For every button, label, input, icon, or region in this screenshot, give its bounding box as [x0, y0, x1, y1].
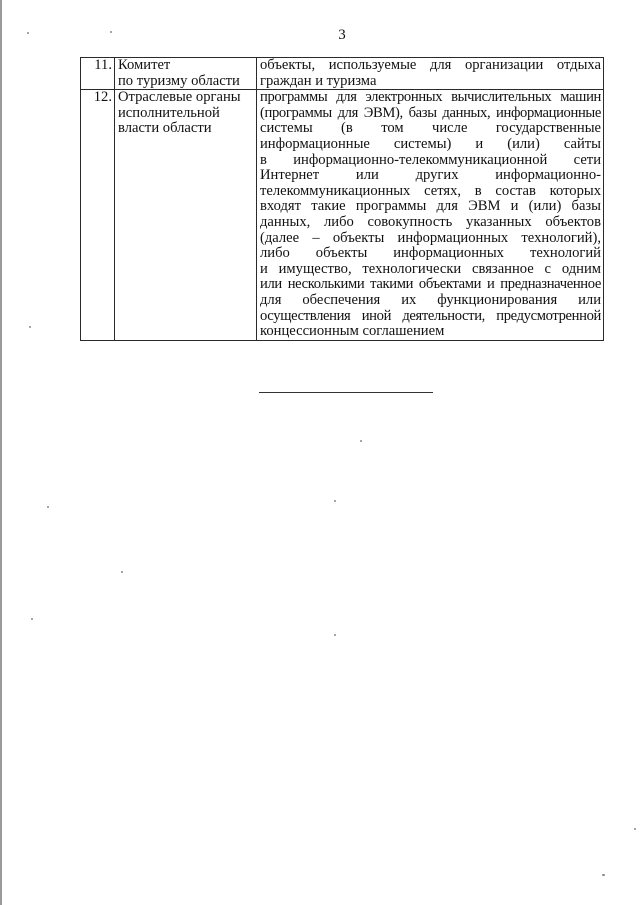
row-number: 12.	[81, 90, 115, 341]
authority-cell: Отраслевые органы исполнительной власти …	[115, 90, 257, 341]
objects-line: либо объекты информационных технологий	[260, 246, 601, 262]
objects-line: информационные системы) и (или) сайты	[260, 137, 601, 153]
objects-line: программы для электронных вычислительных…	[260, 90, 601, 106]
scan-edge	[0, 0, 2, 905]
objects-cell: объекты, используемые для организации от…	[257, 58, 604, 90]
scan-speck	[27, 32, 29, 34]
page-number: 3	[0, 27, 640, 43]
scan-speck	[31, 618, 33, 620]
table-row: 12. Отраслевые органы исполнительной вла…	[81, 90, 604, 341]
objects-line: концессионным соглашением	[260, 324, 601, 340]
scan-speck	[121, 571, 123, 573]
authority-line: по туризму области	[118, 74, 254, 90]
authority-line: власти области	[118, 121, 254, 137]
objects-line: системы (в том числе государственные	[260, 121, 601, 137]
scan-speck	[334, 500, 336, 502]
authority-line: Отраслевые органы	[118, 90, 254, 106]
objects-line: телекоммуникационных сетях, в состав кот…	[260, 184, 601, 200]
authority-line: исполнительной	[118, 106, 254, 122]
objects-line: для обеспечения их функционирования или	[260, 293, 601, 309]
authority-line: Комитет	[118, 58, 254, 74]
scan-speck	[634, 828, 636, 830]
objects-line: Интернет или других информационно-	[260, 168, 601, 184]
objects-line: или несколькими такими объектами и предн…	[260, 277, 601, 293]
end-of-document-rule	[259, 392, 433, 393]
objects-line: объекты, используемые для организации от…	[260, 58, 601, 74]
objects-line: осуществления иной деятельности, предусм…	[260, 309, 601, 325]
objects-line: и имущество, технологически связанное с …	[260, 262, 601, 278]
objects-line: (программы для ЭВМ), базы данных, информ…	[260, 106, 601, 122]
table-row: 11. Комитет по туризму области объекты, …	[81, 58, 604, 90]
objects-line: (далее – объекты информационных технолог…	[260, 231, 601, 247]
scan-speck	[110, 31, 112, 33]
scan-speck	[29, 326, 31, 328]
scan-speck	[602, 874, 605, 876]
objects-line: входят такие программы для ЭВМ и (или) б…	[260, 199, 601, 215]
objects-cell: программы для электронных вычислительных…	[257, 90, 604, 341]
objects-line: данных, либо совокупность указанных объе…	[260, 215, 601, 231]
scan-speck	[360, 440, 362, 442]
responsibility-table: 11. Комитет по туризму области объекты, …	[80, 57, 604, 341]
scan-speck	[334, 634, 336, 636]
objects-line: граждан и туризма	[260, 74, 601, 90]
authority-cell: Комитет по туризму области	[115, 58, 257, 90]
scan-speck	[47, 506, 49, 508]
objects-line: в информационно-телекоммуникационной сет…	[260, 153, 601, 169]
row-number: 11.	[81, 58, 115, 90]
